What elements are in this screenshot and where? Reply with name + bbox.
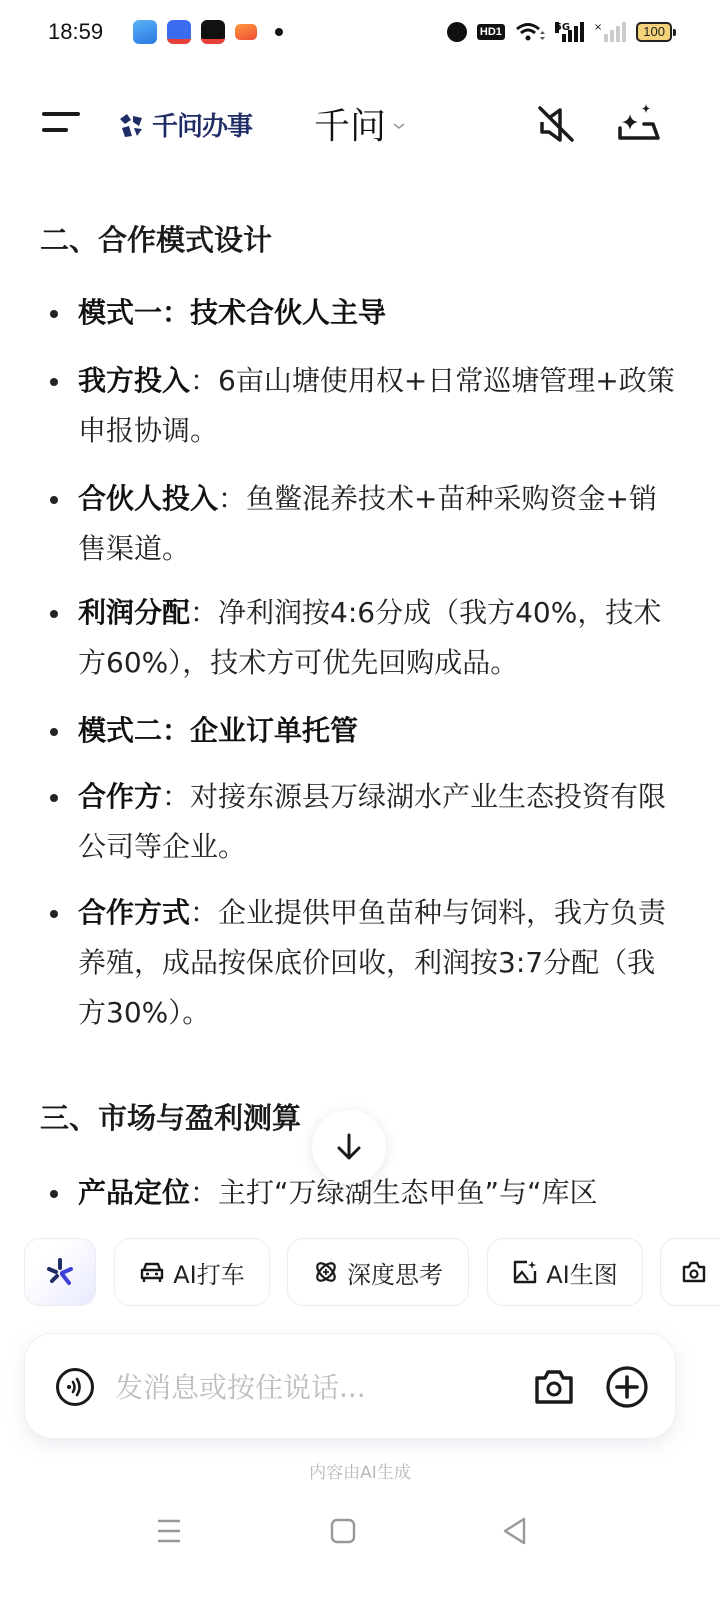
app-header: 千问办事 千问 bbox=[0, 88, 720, 158]
assistant-home-chip[interactable] bbox=[24, 1238, 96, 1306]
status-time: 18:59 bbox=[48, 19, 103, 45]
arrow-down-icon bbox=[334, 1132, 364, 1162]
brand-name: 千问办事 bbox=[152, 106, 252, 143]
quick-actions-bar: AI打车 深度思考 AI生图 bbox=[0, 1238, 720, 1308]
menu-button[interactable] bbox=[42, 110, 82, 136]
hd-voice-icon: HD1 bbox=[477, 24, 505, 40]
cellular-signal-sim2-icon: × bbox=[594, 22, 626, 42]
wifi-icon bbox=[515, 21, 545, 43]
voice-input-button[interactable] bbox=[55, 1367, 95, 1407]
quick-action-ai-taxi[interactable]: AI打车 bbox=[114, 1238, 270, 1306]
back-icon bbox=[502, 1517, 528, 1545]
mute-speaker-button[interactable] bbox=[534, 102, 578, 146]
brand-logo[interactable]: 千问办事 bbox=[116, 106, 252, 143]
status-bar: 18:59 HD1 5G × 100 bbox=[0, 0, 720, 64]
list-item: 利润分配：净利润按4:6分成（我方40%，技术方60%），技术方可优先回购成品。 bbox=[40, 588, 680, 688]
add-attachment-button[interactable] bbox=[605, 1365, 649, 1409]
section-heading: 二、合作模式设计 bbox=[40, 220, 272, 260]
image-sparkle-icon bbox=[512, 1259, 538, 1285]
cellular-signal-5g-icon: 5G bbox=[555, 22, 584, 42]
chat-response-content: 二、合作模式设计 模式一：技术合伙人主导 我方投入：6亩山塘使用权+日常巡塘管理… bbox=[0, 200, 720, 1230]
menu-icon bbox=[42, 112, 80, 116]
section-heading: 三、市场与盈利测算 bbox=[40, 1098, 301, 1138]
list-item: 模式一：技术合伙人主导 bbox=[40, 288, 680, 338]
battery-icon: 100 bbox=[636, 22, 672, 42]
new-chat-sparkle-button[interactable] bbox=[612, 98, 662, 148]
baidu-app-icon bbox=[167, 20, 191, 44]
more-notifications-dot-icon bbox=[275, 28, 283, 36]
home-button[interactable] bbox=[318, 1508, 368, 1554]
recents-button[interactable] bbox=[144, 1508, 194, 1554]
chevron-down-icon bbox=[392, 119, 406, 133]
list-item: 合作方：对接东源县万绿湖水产业生态投资有限公司等企业。 bbox=[40, 772, 680, 872]
list-item: 我方投入：6亩山塘使用权+日常巡塘管理+政策申报协调。 bbox=[40, 356, 680, 456]
quick-action-camera[interactable] bbox=[660, 1238, 720, 1306]
gallery-icon bbox=[133, 20, 157, 44]
atom-icon bbox=[313, 1259, 339, 1285]
assistant-logo-icon bbox=[45, 1257, 75, 1287]
message-composer bbox=[24, 1333, 676, 1439]
quick-action-deep-thinking[interactable]: 深度思考 bbox=[287, 1238, 469, 1306]
system-indicators: HD1 5G × 100 bbox=[447, 21, 672, 43]
list-item: 合伙人投入：鱼鳖混养技术+苗种采购资金+销售渠道。 bbox=[40, 474, 680, 574]
camera-button[interactable] bbox=[533, 1366, 575, 1408]
scroll-to-bottom-button[interactable] bbox=[312, 1110, 386, 1184]
model-name: 千问 bbox=[314, 98, 386, 149]
home-icon bbox=[330, 1518, 356, 1544]
ai-generated-disclaimer: 内容由AI生成 bbox=[0, 1458, 720, 1483]
notification-icons bbox=[133, 20, 283, 44]
back-button[interactable] bbox=[490, 1508, 540, 1554]
list-item: 模式二：企业订单托管 bbox=[40, 706, 680, 756]
camera-icon bbox=[681, 1260, 707, 1284]
tiktok-icon bbox=[201, 20, 225, 44]
car-icon bbox=[139, 1260, 165, 1284]
list-item: 合作方式：企业提供甲鱼苗种与饲料，我方负责养殖，成品按保底价回收，利润按3:7分… bbox=[40, 888, 680, 1038]
model-selector[interactable]: 千问 bbox=[314, 98, 406, 149]
quick-action-ai-image[interactable]: AI生图 bbox=[487, 1238, 643, 1306]
game-center-icon bbox=[235, 24, 257, 40]
recents-icon bbox=[156, 1518, 182, 1544]
qianwen-logo-icon bbox=[116, 110, 146, 140]
alarm-icon bbox=[447, 22, 467, 42]
system-navigation-bar bbox=[0, 1500, 720, 1560]
message-input[interactable] bbox=[115, 1364, 515, 1410]
